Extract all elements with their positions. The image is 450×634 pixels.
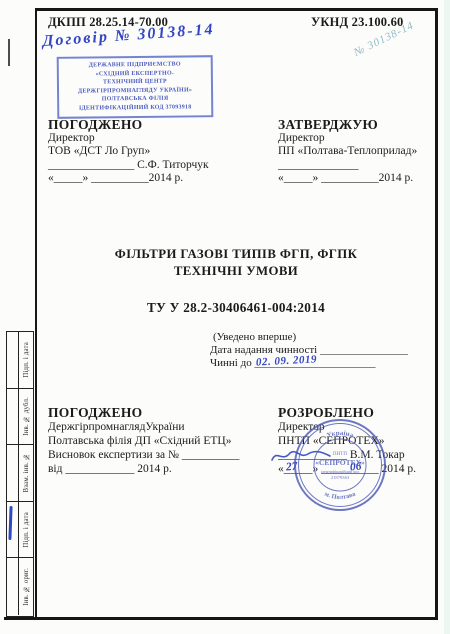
agreed-block-bottom: ПОГОДЖЕНО ДержгірпромнаглядУкраїни Полта…	[48, 406, 239, 476]
agreed-bottom-date-row: від ____________ 2014 р.	[48, 462, 239, 476]
seal-center-line3: ідентифікаційний код	[321, 469, 360, 474]
valid-until-label: Чинні до	[210, 357, 252, 369]
agreed-bottom-org1: ДержгірпромнаглядУкраїни	[48, 420, 239, 434]
scanned-document-page: ДКПП 28.25.14-70.00 УКНД 23.100.60 Догов…	[0, 0, 450, 634]
margin-cell: Інв. № ориг.	[7, 558, 33, 615]
margin-label: Інв. № ориг.	[23, 568, 30, 606]
scan-edge-artifact	[444, 0, 450, 634]
approved-sign-row: ______________	[278, 159, 417, 173]
margin-label: Інв. № дубл.	[23, 397, 30, 436]
approved-date-row: «_____» __________2014 р.	[278, 172, 417, 186]
margin-cell-blank	[7, 445, 19, 501]
validity-block: (Уведено вперше) Дата надання чинності _…	[210, 331, 408, 371]
seal-center-line4: 21879363	[331, 475, 350, 480]
margin-cell-blank	[7, 332, 19, 388]
round-seal-stamp: Україна м. Полтава ПНТП «СЕПРОТЕХ» ідент…	[292, 417, 388, 513]
agreed-signer: С.Ф. Титорчук	[137, 159, 208, 171]
frame-bottom-border	[4, 617, 438, 620]
margin-control-strip: Підп. і дата Інв. № дубл. Взам. інв. № П…	[6, 331, 34, 617]
signature-line: _______________	[48, 159, 134, 171]
seal-center-line2: «СЕПРОТЕХ»	[315, 458, 365, 467]
agreed-block-top: ПОГОДЖЕНО Директор ТОВ «ДСТ Ло Груп» ___…	[48, 118, 209, 186]
agreed-date-row: «_____» __________2014 р.	[48, 172, 209, 186]
svg-text:м. Полтава: м. Полтава	[323, 490, 357, 501]
valid-until-row: Чинні до ______________________ 02. 09. …	[210, 357, 408, 370]
agreed-bottom-org2: Полтавська філія ДП «Східний ЕТЦ»	[48, 434, 239, 448]
document-subtitle: ТЕХНІЧНІ УМОВИ	[36, 263, 436, 280]
approved-block: ЗАТВЕРДЖУЮ Директор ПП «Полтава-Теплопри…	[278, 118, 417, 186]
margin-label: Взам. інв. №	[23, 453, 30, 492]
seal-bottom-arc-text: м. Полтава	[323, 490, 357, 501]
margin-cell-blank	[7, 389, 19, 445]
margin-cell: Підп. і дата	[7, 332, 33, 389]
stamp-line: ІДЕНТИФІКАЦІЙНИЙ КОД 37093918	[61, 103, 209, 113]
margin-label: Підп. і дата	[23, 512, 30, 548]
introduced-note: (Уведено вперше)	[210, 331, 408, 344]
approved-org: ПП «Полтава-Теплоприлад»	[278, 145, 417, 159]
margin-label: Підп. і дата	[23, 342, 30, 378]
classification-code-right: УКНД 23.100.60	[311, 15, 404, 30]
approved-heading: ЗАТВЕРДЖУЮ	[278, 118, 417, 132]
expertise-row: Висновок експертизи за № __________	[48, 448, 239, 462]
stray-pen-mark	[8, 39, 10, 66]
seal-center-line1: ПНТП	[333, 452, 347, 457]
margin-cell: Інв. № дубл.	[7, 389, 33, 446]
agreed-org: ТОВ «ДСТ Ло Груп»	[48, 145, 209, 159]
agreed-sign-row: _______________ С.Ф. Титорчук	[48, 159, 209, 173]
agreed-role: Директор	[48, 132, 209, 146]
agreed-heading: ПОГОДЖЕНО	[48, 118, 209, 132]
organization-stamp: ДЕРЖАВНЕ ПІДПРИЄМСТВО «СХІДНИЙ ЕКСПЕРТНО…	[57, 55, 214, 118]
svg-text:Україна: Україна	[326, 429, 356, 440]
margin-cell: Взам. інв. №	[7, 445, 33, 502]
agreed-bottom-heading: ПОГОДЖЕНО	[48, 406, 239, 420]
frame-top-border	[36, 8, 437, 11]
approved-role: Директор	[278, 132, 417, 146]
margin-cell-blank	[7, 558, 19, 615]
seal-top-arc-text: Україна	[326, 429, 356, 440]
document-title: ФІЛЬТРИ ГАЗОВІ ТИПІВ ФГП, ФГПК	[36, 246, 436, 263]
document-number: ТУ У 28.2-30406461-004:2014	[36, 300, 436, 316]
document-title-block: ФІЛЬТРИ ГАЗОВІ ТИПІВ ФГП, ФГПК ТЕХНІЧНІ …	[36, 246, 436, 316]
